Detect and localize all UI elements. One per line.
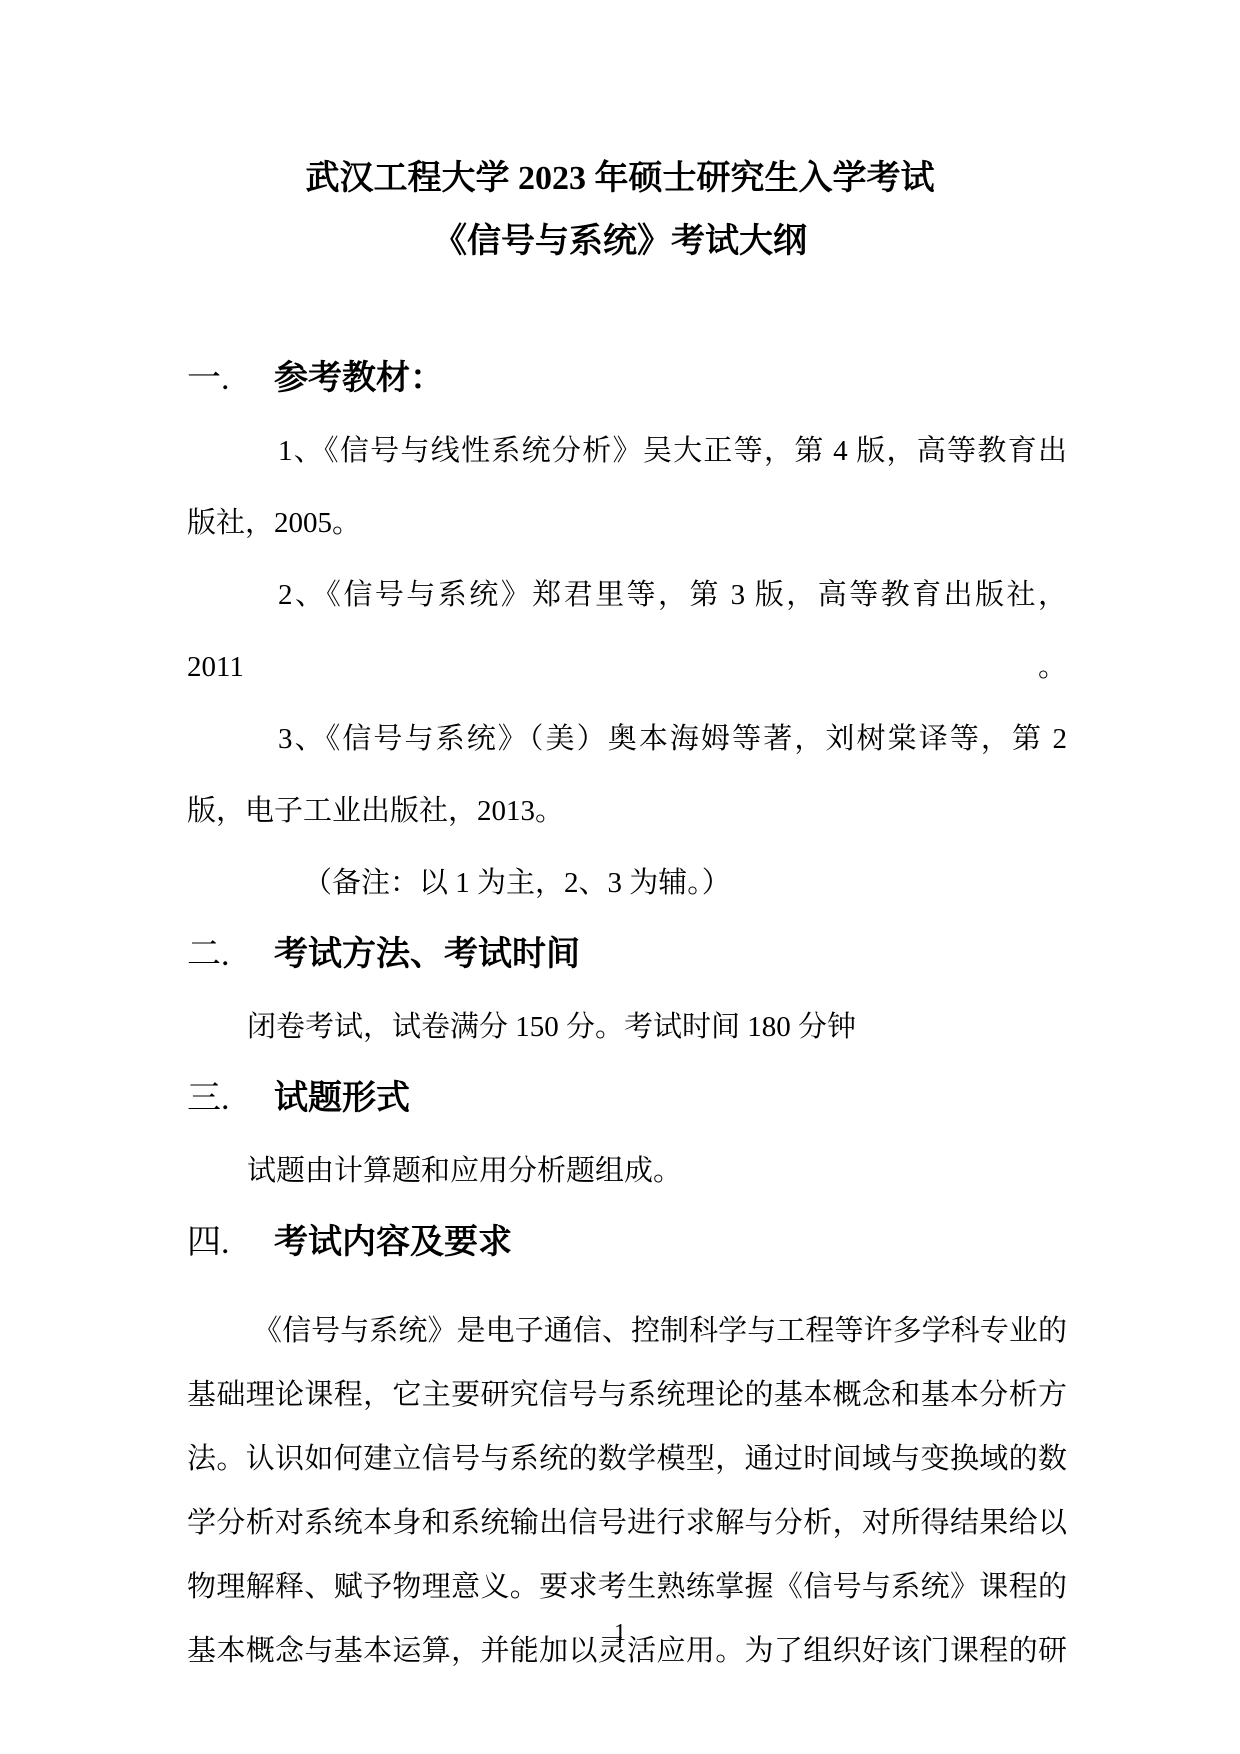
title-line-1: 武汉工程大学 2023 年硕士研究生入学考试: [0, 147, 1240, 210]
section-2-heading: 二.考试方法、考试时间: [187, 919, 1067, 991]
document-title: 武汉工程大学 2023 年硕士研究生入学考试 《信号与系统》考试大纲: [0, 0, 1240, 273]
paragraph-line-4: 学分析对系统本身和系统输出信号进行求解与分析，对所得结果给以: [187, 1491, 1067, 1555]
section-3-heading: 三.试题形式: [187, 1063, 1067, 1135]
section-1-number: 一.: [187, 343, 274, 415]
reference-note: （备注：以 1 为主，2、3 为辅。）: [187, 847, 1067, 919]
section-4-heading: 四.考试内容及要求: [187, 1207, 1067, 1279]
section-3-body: 试题由计算题和应用分析题组成。: [187, 1135, 1067, 1207]
paragraph-line-3: 法。认识如何建立信号与系统的数学模型，通过时间域与变换域的数: [187, 1427, 1067, 1491]
section-3-number: 三.: [187, 1063, 274, 1135]
paragraph-line-1: 《信号与系统》是电子通信、控制科学与工程等许多学科专业的: [187, 1299, 1067, 1363]
reference-item-1-line-2: 版社，2005。: [187, 487, 1067, 559]
title-line-2: 《信号与系统》考试大纲: [0, 210, 1240, 273]
section-3-title: 试题形式: [274, 1080, 410, 1117]
reference-item-2: 2、《信号与系统》郑君里等，第 3 版，高等教育出版社，2011。: [187, 559, 1067, 703]
document-body: 一.参考教材： 1、《信号与线性系统分析》吴大正等，第 4 版，高等教育出 版社…: [0, 343, 1240, 1683]
reference-item-1-line-1: 1、《信号与线性系统分析》吴大正等，第 4 版，高等教育出: [187, 415, 1067, 487]
paragraph-line-2: 基础理论课程，它主要研究信号与系统理论的基本概念和基本分析方: [187, 1363, 1067, 1427]
page-number: 1: [0, 1618, 1240, 1648]
section-4-number: 四.: [187, 1207, 274, 1279]
reference-item-3-line-1: 3、《信号与系统》（美）奥本海姆等著，刘树棠译等，第 2: [187, 703, 1067, 775]
section-2-body: 闭卷考试，试卷满分 150 分。考试时间 180 分钟: [187, 991, 1067, 1063]
section-2-title: 考试方法、考试时间: [274, 936, 580, 973]
section-1-heading: 一.参考教材：: [187, 343, 1067, 415]
section-1-title: 参考教材：: [274, 360, 444, 397]
reference-item-3-line-2: 版，电子工业出版社，2013。: [187, 775, 1067, 847]
document-page: 武汉工程大学 2023 年硕士研究生入学考试 《信号与系统》考试大纲 一.参考教…: [0, 0, 1240, 1754]
paragraph-line-5: 物理解释、赋予物理意义。要求考生熟练掌握《信号与系统》课程的: [187, 1555, 1067, 1619]
section-2-number: 二.: [187, 919, 274, 991]
section-4-title: 考试内容及要求: [274, 1224, 512, 1261]
